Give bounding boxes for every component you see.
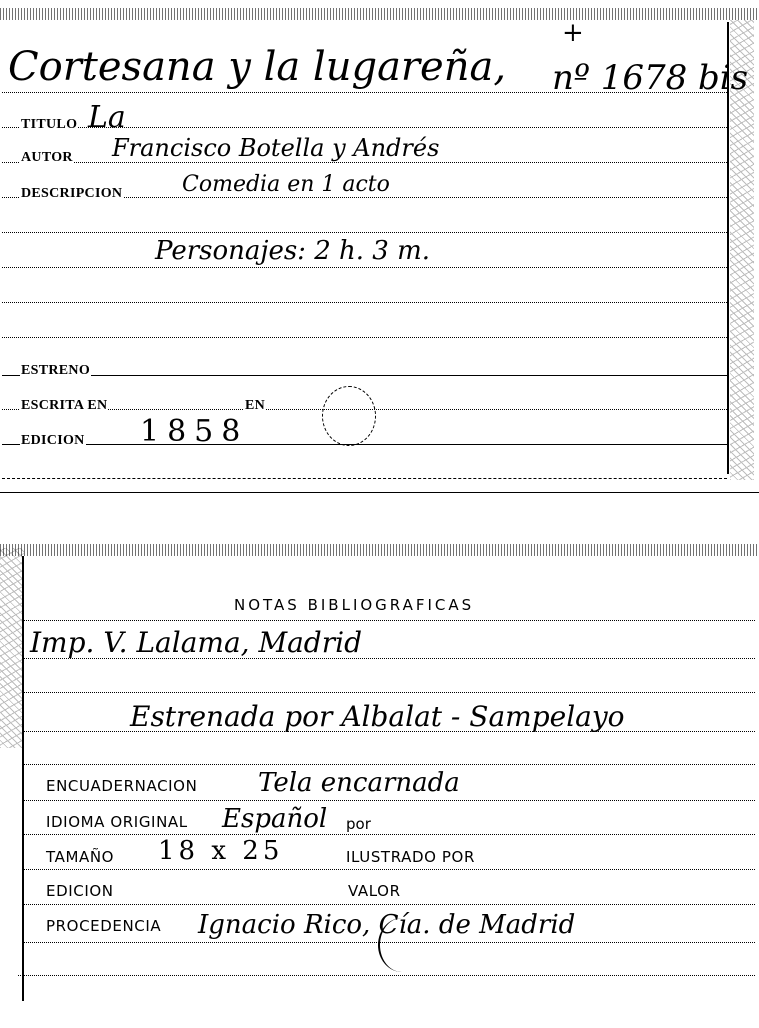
handwritten-title: Cortesana y la lugareña, [8, 44, 506, 90]
ilustrado-por-label: ILUSTRADO POR [346, 848, 475, 866]
rule-line [18, 975, 755, 976]
valor-label: VALOR [348, 882, 401, 900]
tamano-label: TAMAÑO [46, 848, 114, 866]
rule-line [22, 869, 755, 870]
autor-label: AUTOR [20, 150, 74, 166]
rule-line [22, 834, 755, 835]
por-label: por [346, 815, 371, 833]
encuadernacion-label: ENCUADERNACION [46, 777, 197, 795]
edicion-value: 1858 [140, 414, 248, 449]
tamano-value: 18 x 25 [158, 836, 283, 866]
idioma-original-value: Español [222, 804, 327, 834]
rule-line [2, 302, 727, 303]
rule-line [22, 800, 755, 801]
catalog-number: nº 1678 bis [552, 58, 748, 98]
descripcion-label: DESCRIPCION [20, 186, 123, 202]
card-bottom-edge [0, 492, 759, 493]
idioma-original-label: IDIOMA ORIGINAL [46, 813, 188, 831]
edicion-label: EDICION [20, 433, 86, 449]
scan-noise-top [0, 544, 759, 556]
descripcion-value: Comedia en 1 acto [182, 172, 390, 197]
notas-heading: NOTAS BIBLIOGRAFICAS [234, 596, 474, 614]
estreno-label: ESTRENO [20, 363, 91, 379]
rule-line [2, 337, 727, 338]
card-left-border [22, 556, 24, 1001]
rule-line [2, 375, 727, 376]
punch-hole [378, 918, 426, 972]
autor-value: Francisco Botella y Andrés [112, 134, 439, 162]
personajes-value: Personajes: 2 h. 3 m. [155, 236, 430, 266]
encuadernacion-value: Tela encarnada [258, 768, 460, 798]
rule-line [2, 267, 727, 268]
edicion-label: EDICION [46, 882, 114, 900]
rule-line [2, 444, 727, 445]
escrita-en-label: ESCRITA EN [20, 398, 108, 414]
cross-mark: + [562, 18, 584, 48]
rule-line [22, 692, 755, 693]
rule-line [2, 232, 727, 233]
rule-line [22, 764, 755, 765]
scan-noise-top [0, 8, 759, 20]
procedencia-label: PROCEDENCIA [46, 917, 161, 935]
rule-line [2, 162, 727, 163]
punch-hole [322, 386, 376, 446]
note-line-2: Estrenada por Albalat - Sampelayo [130, 700, 625, 733]
rule-line [22, 620, 755, 621]
titulo-value: La [88, 100, 126, 135]
rule-line [2, 478, 727, 479]
note-line-1: Imp. V. Lalama, Madrid [30, 626, 362, 659]
scan-noise-left [0, 548, 24, 748]
en-label: EN [244, 398, 266, 414]
titulo-label: TITULO [20, 117, 78, 133]
rule-line [22, 904, 755, 905]
